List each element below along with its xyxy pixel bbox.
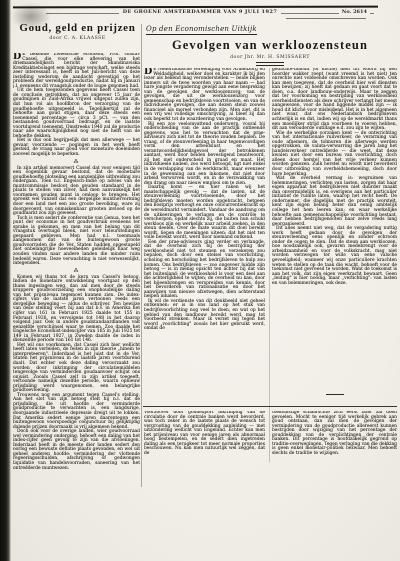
article1-paragraph: Het wil ons voorkomen, dat Cassel zich h… [13, 344, 140, 394]
article1-title: Goud, geld en prijzen [14, 22, 141, 34]
article2-paragraph: Daarbij komt — en hier raken wij het maa… [144, 186, 265, 241]
article2-byline-rule [256, 62, 284, 66]
article2-column-2: gedachte-inhoud (of kliché) dien dit woo… [272, 68, 397, 386]
article1-paragraph: DE bekende Zweedsche econoom, Prof. Gust… [13, 53, 140, 89]
article1-paragraph: Uit de hem toegezonden gegevens heeft Ca… [13, 89, 140, 139]
article2-byline: door Jhr. Mr. H. SMISSAERT [143, 55, 397, 60]
article2-dropcap: D [144, 68, 153, 76]
masthead-text: DE GROENE AMSTERDAMMER VAN 9 JULI 1927 [119, 9, 282, 15]
article2-title: Gevolgen van werkloozensteun [143, 38, 397, 53]
article1-column: DE bekende Zweedsche econoom, Prof. Gust… [13, 53, 140, 488]
article1-continuation-column-1: Voorzoover door goudexport inkrimping va… [144, 411, 265, 461]
article2-paragraph: Bij een zoo veelomvattend onderwerp, voo… [144, 123, 265, 187]
article1-paragraph: Komen wij thans tot de kern van Cassel's… [13, 276, 140, 344]
section-separator-rule [143, 406, 397, 407]
article1-paragraph: Toch is men sedert de conferentie van Ge… [13, 217, 140, 267]
article1-paragraph: toekomstige schaarschte zich eerst later… [272, 411, 397, 456]
article2-kicker: Op den Economischen Uitkijk [146, 25, 257, 35]
newspaper-page: DE GROENE AMSTERDAMMER VAN 9 JULI 1927 N… [0, 0, 400, 561]
article2-paragraph: gedachte-inhoud (of kliché) dien dit woo… [272, 68, 397, 132]
article1-header: Goud, geld en prijzen door C. A. KLAASSE [14, 22, 141, 41]
masthead: DE GROENE AMSTERDAMMER VAN 9 JULI 1927 [80, 9, 320, 15]
article1-dropcap: D [13, 53, 22, 61]
article1-paragraph: Doch ook voor de overige landen, wier go… [13, 430, 140, 471]
issue-number: No. 2614 [339, 9, 370, 15]
article2-paragraph: Wie de werkelijke oorzaken kent — de ont… [272, 132, 397, 177]
column-divider-rule-2 [269, 68, 270, 462]
article2-paragraph: DE Nederlandsche Vereeniging voor Armenz… [144, 68, 265, 123]
article1-paragraph: In zijn artikel memoreert Cassel dat voo… [13, 167, 140, 217]
article1-paragraph: Het is dus ook begrijpelijk dat men alle… [13, 139, 140, 157]
article2-end-rule [326, 394, 344, 395]
article2-paragraph: Een der prae-adviseurs ging verder en ve… [144, 241, 265, 300]
issue-number-underline [286, 18, 366, 19]
article1-paragraph: Voorzoover door goudexport inkrimping va… [144, 411, 265, 456]
article1-byline: door C. A. KLAASSE [14, 36, 141, 41]
article1-continuation-column-2: toekomstige schaarschte zich eerst later… [272, 411, 397, 465]
article1-paragraph: Trouwens nog een argument tegen Cassel's… [13, 394, 140, 430]
article2-column-1: DE Nederlandsche Vereeniging voor Armenz… [144, 68, 265, 401]
article2-paragraph: Wat de overheid vermag is: wegruimen van… [272, 177, 397, 227]
article2-paragraph: Ik wil de verdienste van dit denkbeeld n… [144, 300, 265, 332]
scan-gutter-shadow [0, 0, 11, 561]
article2-paragraph: Dit alles neemt niet weg, dat de vergade… [272, 227, 397, 286]
column-divider-rule-1 [141, 24, 142, 487]
